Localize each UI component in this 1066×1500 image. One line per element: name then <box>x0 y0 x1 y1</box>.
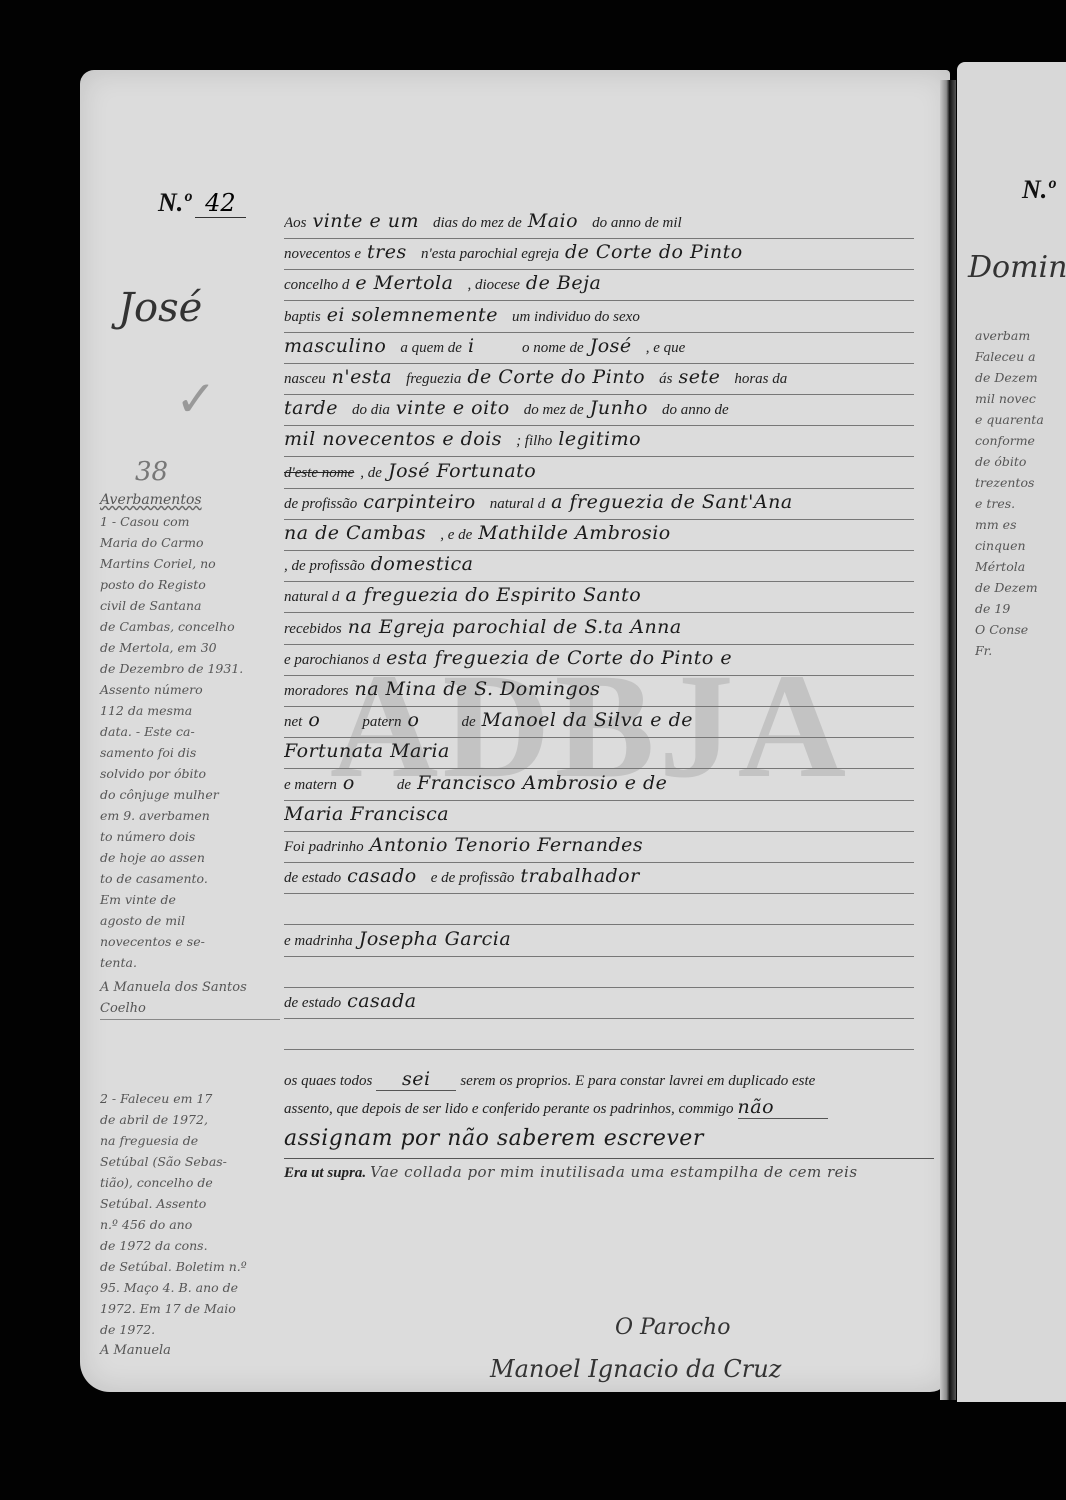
facing-name: Domingos <box>968 250 1066 285</box>
closing-printed: Era ut supra. <box>284 1165 366 1181</box>
annotation-line: de Mertola, em 30 <box>100 637 280 658</box>
annotation-line: mm es <box>975 514 1066 535</box>
annotation-2-signature: A Manuela <box>100 1340 280 1361</box>
annotation-line: civil de Santana <box>100 595 280 616</box>
annotation-line: de abril de 1972, <box>100 1109 280 1130</box>
record-line: e maternodeFrancisco Ambrosio e de <box>284 772 914 801</box>
annotation-line: de Dezembro de 1931. <box>100 658 280 679</box>
closing-section: os quaes todos sei serem os proprios. E … <box>284 1068 934 1191</box>
printed-label: do dia <box>352 402 390 418</box>
annotation-line: data. - Este ca- <box>100 721 280 742</box>
handwritten-entry: o <box>343 772 383 794</box>
printed-label: de <box>462 714 476 730</box>
annotation-line: e tres. <box>975 493 1066 514</box>
printed-label: patern <box>362 714 401 730</box>
handwritten-entry: Manoel da Silva e de <box>482 709 693 731</box>
record-line: na de Cambas, e deMathilde Ambrosio <box>284 522 914 551</box>
margin-number: 38 <box>135 462 168 483</box>
printed-label: natural d <box>490 496 545 512</box>
handwritten-entry: trabalhador <box>520 865 639 887</box>
annotation-line: tenta. <box>100 952 280 973</box>
handwritten-entry: ei solemnemente <box>327 304 498 326</box>
annotation-line: Fr. <box>975 640 1066 661</box>
record-line: e madrinhaJosepha Garcia <box>284 928 914 957</box>
annotation-line: novecentos e se- <box>100 931 280 952</box>
facing-record-number: N.º <box>1022 175 1055 205</box>
margin-child-name: José <box>118 285 202 331</box>
handwritten-entry: de Beja <box>526 272 601 294</box>
printed-label: net <box>284 714 302 730</box>
handwritten-entry: o <box>308 709 348 731</box>
handwritten-entry: Maria Francisca <box>284 803 449 825</box>
handwritten-entry: na Egreja parochial de S.ta Anna <box>348 616 682 638</box>
handwritten-entry: de Corte do Pinto <box>565 241 743 263</box>
annotation-line: na freguesia de <box>100 1130 280 1151</box>
annotation-line: 95. Maço 4. B. ano de <box>100 1277 280 1298</box>
annotation-line: 112 da mesma <box>100 700 280 721</box>
record-line: moradoresna Mina de S. Domingos <box>284 678 914 707</box>
handwritten-entry: Antonio Tenorio Fernandes <box>370 834 644 856</box>
annotation-line: e quarenta <box>975 409 1066 430</box>
printed-label: nasceu <box>284 371 326 387</box>
printed-label: recebidos <box>284 621 342 637</box>
handwritten-entry: masculino <box>284 335 386 357</box>
printed-label: dias do mez de <box>433 215 522 231</box>
handwritten-entry: casada <box>347 990 417 1012</box>
printed-label: ás <box>659 371 672 387</box>
annotation-line: solvido por óbito <box>100 763 280 784</box>
annotation-line: cinquen <box>975 535 1066 556</box>
annotation-line: em 9. averbamen <box>100 805 280 826</box>
printed-label: de estado <box>284 995 341 1011</box>
handwritten-entry: vinte e um <box>313 210 420 232</box>
printed-label: a quem de <box>400 340 462 356</box>
handwritten-entry: sete <box>678 366 720 388</box>
annotation-line: to número dois <box>100 826 280 847</box>
handwritten-entry: José <box>590 335 632 357</box>
printed-label: ; filho <box>516 433 552 449</box>
printed-label: do anno de <box>662 402 729 418</box>
handwritten-entry: na Mina de S. Domingos <box>354 678 600 700</box>
record-line: de estadocasada <box>284 990 914 1019</box>
record-line: , de profissãodomestica <box>284 553 914 582</box>
annotation-line: n.º 456 do ano <box>100 1214 280 1235</box>
annotation-1: 1 - Casou comMaria do CarmoMartins Corie… <box>100 511 280 973</box>
closing-hand: sei <box>376 1068 456 1091</box>
handwritten-entry: Mathilde Ambrosio <box>478 522 670 544</box>
record-line <box>284 959 914 988</box>
annotation-line: de Dezem <box>975 367 1066 388</box>
printed-label: , e que <box>646 340 686 356</box>
closing-hand: assignam por não saberem escrever <box>284 1126 704 1151</box>
handwritten-entry: a freguezia do Espirito Santo <box>345 584 641 606</box>
printed-label: n'esta parochial egreja <box>421 246 559 262</box>
printed-label: de <box>397 777 411 793</box>
handwritten-entry: Francisco Ambrosio e de <box>417 772 667 794</box>
handwritten-entry: Junho <box>590 397 648 419</box>
annotation-line: de 1972. <box>100 1319 280 1340</box>
record-line: nasceun'estafregueziade Corte do Pintoás… <box>284 366 914 395</box>
handwritten-entry: Maio <box>528 210 578 232</box>
annotation-line: 1972. Em 17 de Maio <box>100 1298 280 1319</box>
handwritten-entry: e Mertola <box>355 272 453 294</box>
printed-label: , de profissão <box>284 558 365 574</box>
handwritten-entry: de Corte do Pinto <box>467 366 645 388</box>
annotation-line: averbam <box>975 325 1066 346</box>
record-line: recebidosna Egreja parochial de S.ta Ann… <box>284 616 914 645</box>
facing-number-label: N.º <box>1022 175 1055 204</box>
record-number-label: N.º <box>158 188 191 217</box>
annotation-line: tião), concelho de <box>100 1172 280 1193</box>
handwritten-entry: Josepha Garcia <box>359 928 511 950</box>
annotation-line: Setúbal (São Sebas- <box>100 1151 280 1172</box>
handwritten-entry: tres <box>367 241 407 263</box>
annotation-line: de hoje ao assen <box>100 847 280 868</box>
printed-label: Aos <box>284 215 307 231</box>
printed-label: um individuo do sexo <box>512 309 640 325</box>
annotation-line: do cônjuge mulher <box>100 784 280 805</box>
handwritten-entry: legitimo <box>558 428 641 450</box>
handwritten-entry: tarde <box>284 397 338 419</box>
annotation-line: de óbito <box>975 451 1066 472</box>
annotations-heading: Averbamentos <box>100 490 280 511</box>
printed-label: de estado <box>284 870 341 886</box>
record-line: Aosvinte e umdias do mez deMaiodo anno d… <box>284 210 914 239</box>
printed-label: baptis <box>284 309 321 325</box>
printed-label: o nome de <box>522 340 584 356</box>
handwritten-entry: José Fortunato <box>388 460 536 482</box>
handwritten-entry: i <box>468 335 508 357</box>
annotation-line: de Dezem <box>975 577 1066 598</box>
record-line: novecentos etresn'esta parochial egrejad… <box>284 241 914 270</box>
handwritten-entry: casado <box>347 865 417 887</box>
annotation-line: mil novec <box>975 388 1066 409</box>
handwritten-entry: carpinteiro <box>363 491 476 513</box>
closing-hand: não <box>738 1096 828 1119</box>
record-line: netopaternodeManoel da Silva e de <box>284 709 914 738</box>
printed-label: e matern <box>284 777 337 793</box>
record-line: baptisei solemnementeum individuo do sex… <box>284 304 914 333</box>
record-line: Fortunata Maria <box>284 740 914 769</box>
closing-printed: serem os proprios. E para constar lavrei… <box>460 1073 815 1089</box>
record-line: e parochianos desta freguezia de Corte d… <box>284 647 914 676</box>
printed-label: do mez de <box>524 402 584 418</box>
printed-label: de profissão <box>284 496 357 512</box>
annotation-line: Assento número <box>100 679 280 700</box>
handwritten-entry: mil novecentos e dois <box>284 428 502 450</box>
closing-printed: os quaes todos <box>284 1073 372 1089</box>
annotation-line: posto do Registo <box>100 574 280 595</box>
annotation-line: 1 - Casou com <box>100 511 280 532</box>
record-line: tardedo diavinte e oitodo mez deJunhodo … <box>284 397 914 426</box>
record-line: Foi padrinhoAntonio Tenorio Fernandes <box>284 834 914 863</box>
printed-label: , e de <box>440 527 472 543</box>
annotation-line: de Setúbal. Boletim n.º <box>100 1256 280 1277</box>
annotation-line: samento foi dis <box>100 742 280 763</box>
signature-title: O Parocho <box>615 1315 730 1340</box>
annotation-line: Em vinte de <box>100 889 280 910</box>
annotation-2: 2 - Faleceu em 17de abril de 1972,na fre… <box>100 1088 280 1340</box>
parish-priest-signature: Manoel Ignacio da Cruz <box>490 1355 781 1383</box>
annotation-line: trezentos <box>975 472 1066 493</box>
printed-label: , diocese <box>467 277 519 293</box>
printed-label: horas da <box>734 371 787 387</box>
printed-label: do anno de mil <box>592 215 682 231</box>
printed-label: novecentos e <box>284 246 361 262</box>
stamp-note: Vae collada por mim inutilisada uma esta… <box>370 1163 857 1181</box>
margin-annotations: Averbamentos 1 - Casou comMaria do Carmo… <box>100 490 280 1020</box>
annotation-line: to de casamento. <box>100 868 280 889</box>
printed-label: natural d <box>284 589 339 605</box>
printed-label: Foi padrinho <box>284 839 364 855</box>
handwritten-entry: o <box>408 709 448 731</box>
printed-label: e madrinha <box>284 933 353 949</box>
record-number: N.º 42 <box>158 188 246 218</box>
book-spine <box>940 80 956 1400</box>
handwritten-entry: Fortunata Maria <box>284 740 450 762</box>
annotation-line: de Cambas, concelho <box>100 616 280 637</box>
annotation-line: agosto de mil <box>100 910 280 931</box>
record-line: mil novecentos e dois; filholegitimo <box>284 428 914 457</box>
handwritten-entry: n'esta <box>332 366 392 388</box>
closing-printed: assento, que depois de ser lido e confer… <box>284 1101 734 1117</box>
annotation-line: de 1972 da cons. <box>100 1235 280 1256</box>
record-line: Maria Francisca <box>284 803 914 832</box>
record-line <box>284 1021 914 1050</box>
record-number-value: 42 <box>195 189 246 218</box>
annotation-line: de 19 <box>975 598 1066 619</box>
printed-label: freguezia <box>406 371 461 387</box>
printed-label: d'este nome <box>284 465 354 481</box>
handwritten-entry: vinte e oito <box>396 397 510 419</box>
record-line: de estadocasadoe de profissãotrabalhador <box>284 865 914 894</box>
annotation-line: Faleceu a <box>975 346 1066 367</box>
annotation-line: Martins Coriel, no <box>100 553 280 574</box>
handwritten-entry: a freguezia de Sant'Ana <box>551 491 793 513</box>
facing-annotations: averbamFaleceu ade Dezemmil novece quare… <box>975 325 1066 661</box>
record-line: natural da freguezia do Espirito Santo <box>284 584 914 613</box>
annotation-line: 2 - Faleceu em 17 <box>100 1088 280 1109</box>
annotation-line: conforme <box>975 430 1066 451</box>
record-line: de profissãocarpinteironatural da fregue… <box>284 491 914 520</box>
handwritten-entry: na de Cambas <box>284 522 426 544</box>
annotation-line: O Conse <box>975 619 1066 640</box>
annotation-line: Setúbal. Assento <box>100 1193 280 1214</box>
handwritten-entry: esta freguezia de Corte do Pinto e <box>386 647 732 669</box>
record-line: d'este nome, deJosé Fortunato <box>284 460 914 489</box>
handwritten-entry: domestica <box>371 553 474 575</box>
margin-annotations-2: 2 - Faleceu em 17de abril de 1972,na fre… <box>100 1088 280 1361</box>
printed-label: , de <box>360 465 382 481</box>
record-line <box>284 896 914 925</box>
printed-label: e parochianos d <box>284 652 380 668</box>
record-line: concelho de Mertola, diocesede Beja <box>284 272 914 301</box>
annotation-1-signature: A Manuela dos Santos Coelho <box>100 977 280 1020</box>
margin-check-mark: ✓ <box>175 370 217 428</box>
annotation-line: Mértola <box>975 556 1066 577</box>
printed-label: concelho d <box>284 277 349 293</box>
printed-label: e de profissão <box>431 870 515 886</box>
printed-label: moradores <box>284 683 348 699</box>
record-line: masculinoa quem deio nome deJosé, e que <box>284 335 914 364</box>
annotation-line: Maria do Carmo <box>100 532 280 553</box>
